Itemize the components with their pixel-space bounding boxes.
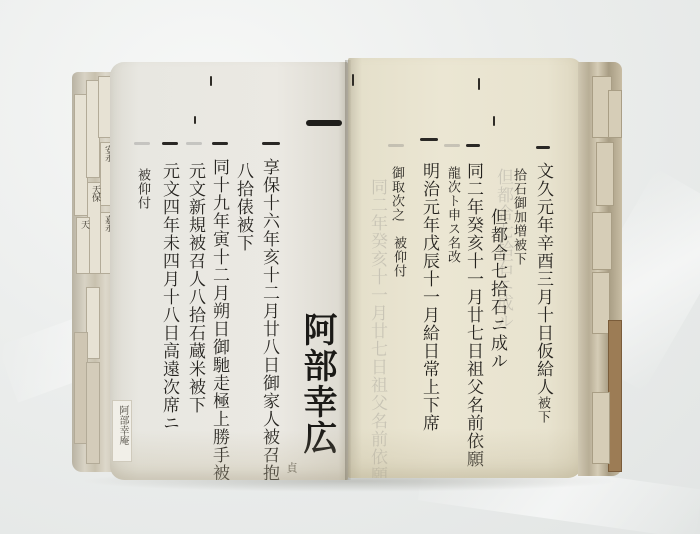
item-marker-faint <box>444 144 460 147</box>
page-tab <box>608 90 622 138</box>
text-column: 同二年癸亥十一月廿七日祖父名前依願 <box>464 162 481 468</box>
ink-mark <box>352 74 354 86</box>
item-marker <box>536 146 550 149</box>
page-tab <box>592 212 612 270</box>
index-tab <box>86 287 100 359</box>
text-column: 拾石御加増被下 <box>512 168 525 266</box>
item-marker-faint <box>388 144 404 147</box>
right-page: 文久元年辛酉三月十日仮給人 被下 拾石御加増被下 但都合七拾石ニ成ル 但都合七拾… <box>348 58 582 478</box>
section-marker <box>306 120 342 126</box>
water-stain <box>348 428 582 478</box>
text-column: 被仰付 <box>136 168 149 210</box>
open-manuscript-book: 安永 天保 嘉永 天 享保十六年亥十二月廿八日御家人被召抱 八拾俵被下 同十九年… <box>0 0 700 534</box>
ink-mark <box>210 76 212 86</box>
page-tab-brown <box>608 320 622 472</box>
left-fore-edge: 安永 天保 嘉永 天 <box>72 72 114 472</box>
page-tab <box>592 392 610 464</box>
left-page: 享保十六年亥十二月廿八日御家人被召抱 八拾俵被下 同十九年寅十二月朔日御馳走極上… <box>110 62 348 480</box>
label-slip: 阿部幸庵 <box>112 400 132 462</box>
item-marker <box>212 142 228 145</box>
index-tab: 天 <box>76 217 90 274</box>
right-fore-edge <box>578 62 622 476</box>
item-marker <box>162 142 178 145</box>
text-column: 龍次ト申ス名改 <box>446 166 459 264</box>
page-stain <box>110 430 348 480</box>
text-column: 明治元年戊辰十一月給日常上下席 <box>420 162 437 432</box>
text-column-note: 被下 <box>536 396 549 424</box>
ink-mark <box>493 116 495 126</box>
item-marker-faint <box>134 142 150 145</box>
item-marker <box>420 138 438 141</box>
book-gutter <box>345 60 351 480</box>
item-marker-faint <box>186 142 202 145</box>
ink-mark <box>478 78 480 90</box>
item-marker <box>262 142 280 145</box>
text-column: 八拾俵被下 <box>234 162 251 252</box>
index-tab <box>86 362 100 464</box>
text-column-note: 被仰付 <box>392 236 405 278</box>
item-marker <box>466 144 480 147</box>
ink-mark <box>194 116 196 124</box>
text-column: 但都合七拾石ニ成ル <box>488 208 505 370</box>
text-column: 元文新規被召人八拾石蔵米被下 <box>186 162 203 414</box>
text-column: 御取次之 <box>390 166 403 222</box>
page-tab <box>596 142 614 206</box>
text-column: 文久元年辛酉三月十日仮給人 <box>534 162 551 396</box>
text-column: 元文四年未四月十八日高遠次席ニ <box>160 162 177 432</box>
